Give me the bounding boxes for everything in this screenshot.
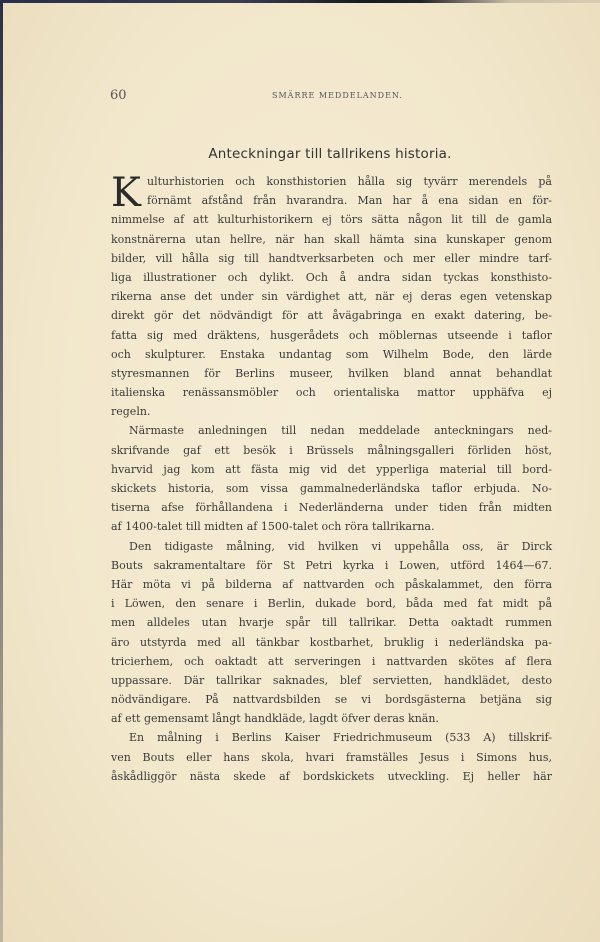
book-page: 60 SMÄRRE MEDDELANDEN. Anteckningar till…: [0, 0, 600, 942]
paragraph-1-line: liga illustrationer och dylikt. Och å an…: [111, 268, 552, 287]
paragraph-1-line: konstnärerna utan hellre, när han skall …: [111, 230, 552, 249]
article-title: Anteckningar till tallrikens historia.: [110, 146, 550, 162]
paragraph-3-line: men alldeles utan hvarje spår till tallr…: [111, 613, 552, 632]
paragraph-2-line: af 1400-talet till midten af 1500-talet …: [111, 517, 552, 536]
paragraph-2-line: Närmaste anledningen till nedan meddelad…: [111, 421, 552, 440]
paragraph-3-line: Den tidigaste målning, vid hvilken vi up…: [111, 537, 552, 556]
paragraph-2-line: tiserna afse förhållandena i Nederländer…: [111, 498, 552, 517]
article-body: K ulturhistorien och konsthistorien håll…: [111, 172, 552, 786]
paragraph-3-line: Här möta vi på bilderna af nattvarden oc…: [111, 575, 552, 594]
running-head: 60 SMÄRRE MEDDELANDEN.: [110, 88, 550, 104]
paragraph-1-line: nimmelse af att kulturhistorikern ej tör…: [111, 210, 552, 229]
paragraph-2-line: skickets historia, som vissa gammalneder…: [111, 479, 552, 498]
paragraph-1-line: bilder, vill hålla sig till handtverksar…: [111, 249, 552, 268]
running-title: SMÄRRE MEDDELANDEN.: [272, 91, 403, 100]
paragraph-4-line: ven Bouts eller hans skola, hvari framst…: [111, 748, 552, 767]
paragraph-4-line: En målning i Berlins Kaiser Friedrichmus…: [111, 728, 552, 747]
scan-left-edge: [0, 0, 3, 942]
paragraph-3-line: i Löwen, den senare i Berlin, dukade bor…: [111, 594, 552, 613]
paragraph-2-line: skrifvande gaf ett besök i Brüssels måln…: [111, 441, 552, 460]
paragraph-2-line: hvarvid jag kom att fästa mig vid det yp…: [111, 460, 552, 479]
paragraph-1-line: rikerna anse det under sin värdighet att…: [111, 287, 552, 306]
paragraph-3-line: uppassare. Där tallrikar saknades, blef …: [111, 671, 552, 690]
paragraph-1-line: och skulpturer. Enstaka undantag som Wil…: [111, 345, 552, 364]
paragraph-3-line: af ett gemensamt långt handkläde, lagdt …: [111, 709, 552, 728]
paragraph-3-line: äro utstyrda med all tänkbar kostbarhet,…: [111, 633, 552, 652]
drop-cap: K: [111, 176, 141, 210]
paragraph-1-line: direkt gör det nödvändigt för att åvägab…: [111, 306, 552, 325]
paragraph-3-line: tricierhem, och oaktadt att serveringen …: [111, 652, 552, 671]
paragraph-1-line: ulturhistorien och konsthistorien hålla …: [111, 172, 552, 191]
paragraph-1-line: styresmannen för Berlins museer, hvilken…: [111, 364, 552, 383]
paragraph-1-line: fatta sig med dräktens, husgerådets och …: [111, 326, 552, 345]
paragraph-1-line: förnämt afstånd från hvarandra. Man har …: [111, 191, 552, 210]
paragraph-3-line: Bouts sakramentaltare för St Petri kyrka…: [111, 556, 552, 575]
paragraph-1-line: italienska renässansmöbler och orientali…: [111, 383, 552, 402]
scan-top-edge: [0, 0, 600, 3]
page-number: 60: [110, 88, 127, 103]
paragraph-1-line: regeln.: [111, 402, 552, 421]
paragraph-3-line: nödvändigare. På nattvardsbilden se vi b…: [111, 690, 552, 709]
paragraph-4-line: åskådliggör nästa skede af bordskickets …: [111, 767, 552, 786]
